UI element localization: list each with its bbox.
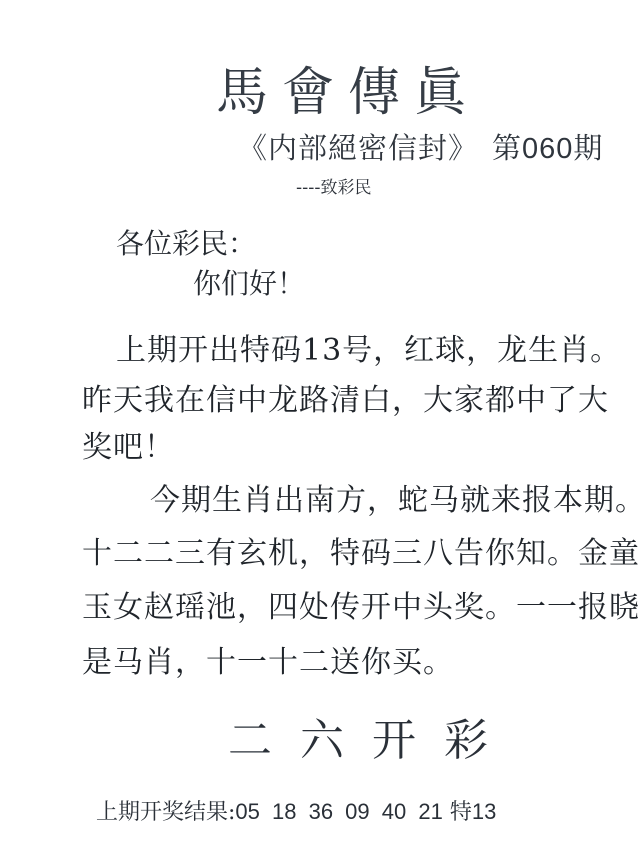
- results-numbers: 05 18 36 09 40 21: [235, 799, 442, 824]
- special-label: 特: [450, 800, 472, 825]
- letter-line: 是马肖，十一十二送你买。: [82, 637, 454, 681]
- brand-heading: 二六开彩: [228, 704, 516, 768]
- previous-results: 上期开奖结果:05 18 36 09 40 21 特13: [96, 795, 496, 826]
- letter-line: 昨天我在信中龙路清白，大家都中了大: [82, 375, 609, 419]
- letter-line: 玉女赵瑶池，四处传开中头奖。一一报晓: [82, 582, 640, 626]
- special-number: 13: [472, 799, 496, 824]
- letter-line: 上期开出特码13号，红球，龙生肖。: [116, 325, 621, 369]
- greeting: 你们好！: [193, 262, 305, 302]
- signoff-line: ----致彩民: [296, 173, 372, 198]
- results-label: 上期开奖结果:: [96, 800, 235, 825]
- letter-line: 奖吧！: [82, 422, 175, 466]
- issue-number: 第060期: [492, 133, 603, 165]
- salutation: 各位彩民：: [116, 222, 256, 262]
- subtitle-label: 《内部絕密信封》: [238, 131, 478, 165]
- document-title: 馬會傳眞: [216, 50, 480, 125]
- letter-line: 今期生肖出南方，蛇马就来报本期。: [150, 475, 640, 519]
- letter-line: 十二二三有玄机，特码三八告你知。金童: [82, 528, 640, 572]
- document-subtitle: 《内部絕密信封》第060期: [238, 126, 603, 167]
